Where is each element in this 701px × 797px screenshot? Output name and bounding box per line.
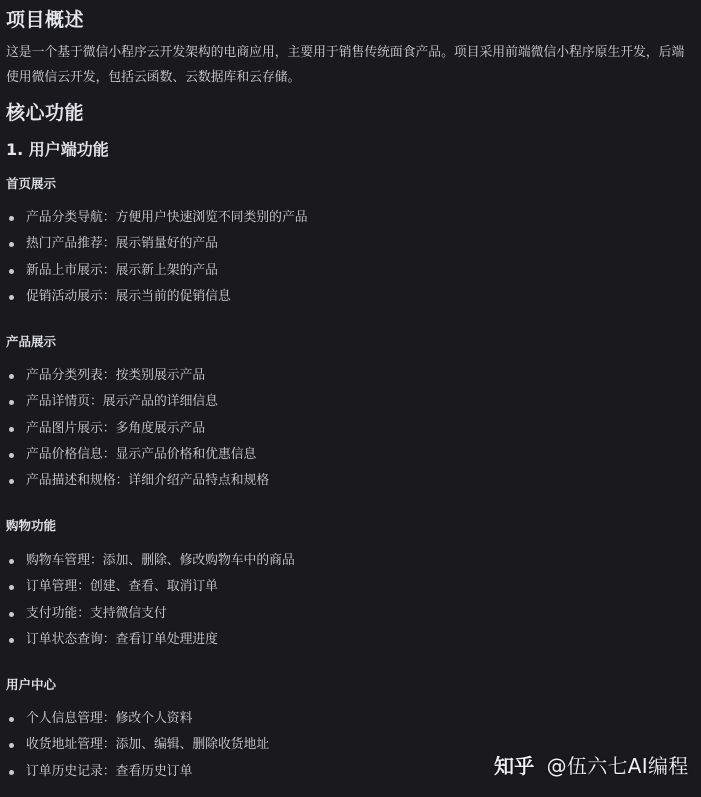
heading-core-features: 核心功能: [6, 98, 84, 125]
feature-list-user-center: 个人信息管理：修改个人资料 收货地址管理：添加、编辑、删除收货地址 订单历史记录…: [6, 706, 269, 785]
heading-overview: 项目概述: [6, 5, 84, 32]
bullet-icon: [9, 559, 14, 564]
list-item: 产品描述和规格：详细介绍产品特点和规格: [6, 468, 269, 494]
list-item: 支付功能：支持微信支付: [6, 601, 295, 627]
bullet-icon: [9, 427, 14, 432]
bullet-icon: [9, 269, 14, 274]
bullet-icon: [9, 770, 14, 775]
bullet-icon: [9, 453, 14, 458]
bullet-icon: [9, 242, 14, 247]
list-item: 收货地址管理：添加、编辑、删除收货地址: [6, 732, 269, 758]
list-item: 产品图片展示：多角度展示产品: [6, 416, 269, 442]
bullet-icon: [9, 479, 14, 484]
bullet-icon: [9, 400, 14, 405]
overview-paragraph: 这是一个基于微信小程序云开发架构的电商应用，主要用于销售传统面食产品。项目采用前…: [6, 40, 696, 90]
feature-list-products: 产品分类列表：按类别展示产品 产品详情页：展示产品的详细信息 产品图片展示：多角…: [6, 363, 269, 494]
list-item: 促销活动展示：展示当前的促销信息: [6, 284, 308, 310]
feature-list-home: 产品分类导航：方便用户快速浏览不同类别的产品 热门产品推荐：展示销量好的产品 新…: [6, 205, 308, 310]
bullet-icon: [9, 638, 14, 643]
section-title-shopping: 购物功能: [6, 516, 56, 534]
bullet-icon: [9, 612, 14, 617]
section-title-user-center: 用户中心: [6, 675, 56, 693]
watermark: 知乎@伍六七AI编程: [494, 750, 689, 779]
section-title-home: 首页展示: [6, 174, 56, 192]
list-item: 产品详情页：展示产品的详细信息: [6, 389, 269, 415]
bullet-icon: [9, 717, 14, 722]
list-item: 热门产品推荐：展示销量好的产品: [6, 231, 308, 257]
section-title-products: 产品展示: [6, 332, 56, 350]
list-item: 新品上市展示：展示新上架的产品: [6, 258, 308, 284]
watermark-author: @伍六七AI编程: [547, 754, 689, 778]
bullet-icon: [9, 295, 14, 300]
bullet-icon: [9, 585, 14, 590]
bullet-icon: [9, 374, 14, 379]
list-item: 购物车管理：添加、删除、修改购物车中的商品: [6, 548, 295, 574]
list-item: 产品价格信息：显示产品价格和优惠信息: [6, 442, 269, 468]
bullet-icon: [9, 743, 14, 748]
list-item: 订单管理：创建、查看、取消订单: [6, 574, 295, 600]
list-item: 产品分类导航：方便用户快速浏览不同类别的产品: [6, 205, 308, 231]
heading-user-side-features: 1. 用户端功能: [6, 137, 109, 160]
list-item: 个人信息管理：修改个人资料: [6, 706, 269, 732]
list-item: 订单状态查询：查看订单处理进度: [6, 627, 295, 653]
bullet-icon: [9, 216, 14, 221]
feature-list-shopping: 购物车管理：添加、删除、修改购物车中的商品 订单管理：创建、查看、取消订单 支付…: [6, 548, 295, 653]
list-item: 产品分类列表：按类别展示产品: [6, 363, 269, 389]
list-item: 订单历史记录：查看历史订单: [6, 759, 269, 785]
zhihu-logo: 知乎: [494, 754, 535, 778]
